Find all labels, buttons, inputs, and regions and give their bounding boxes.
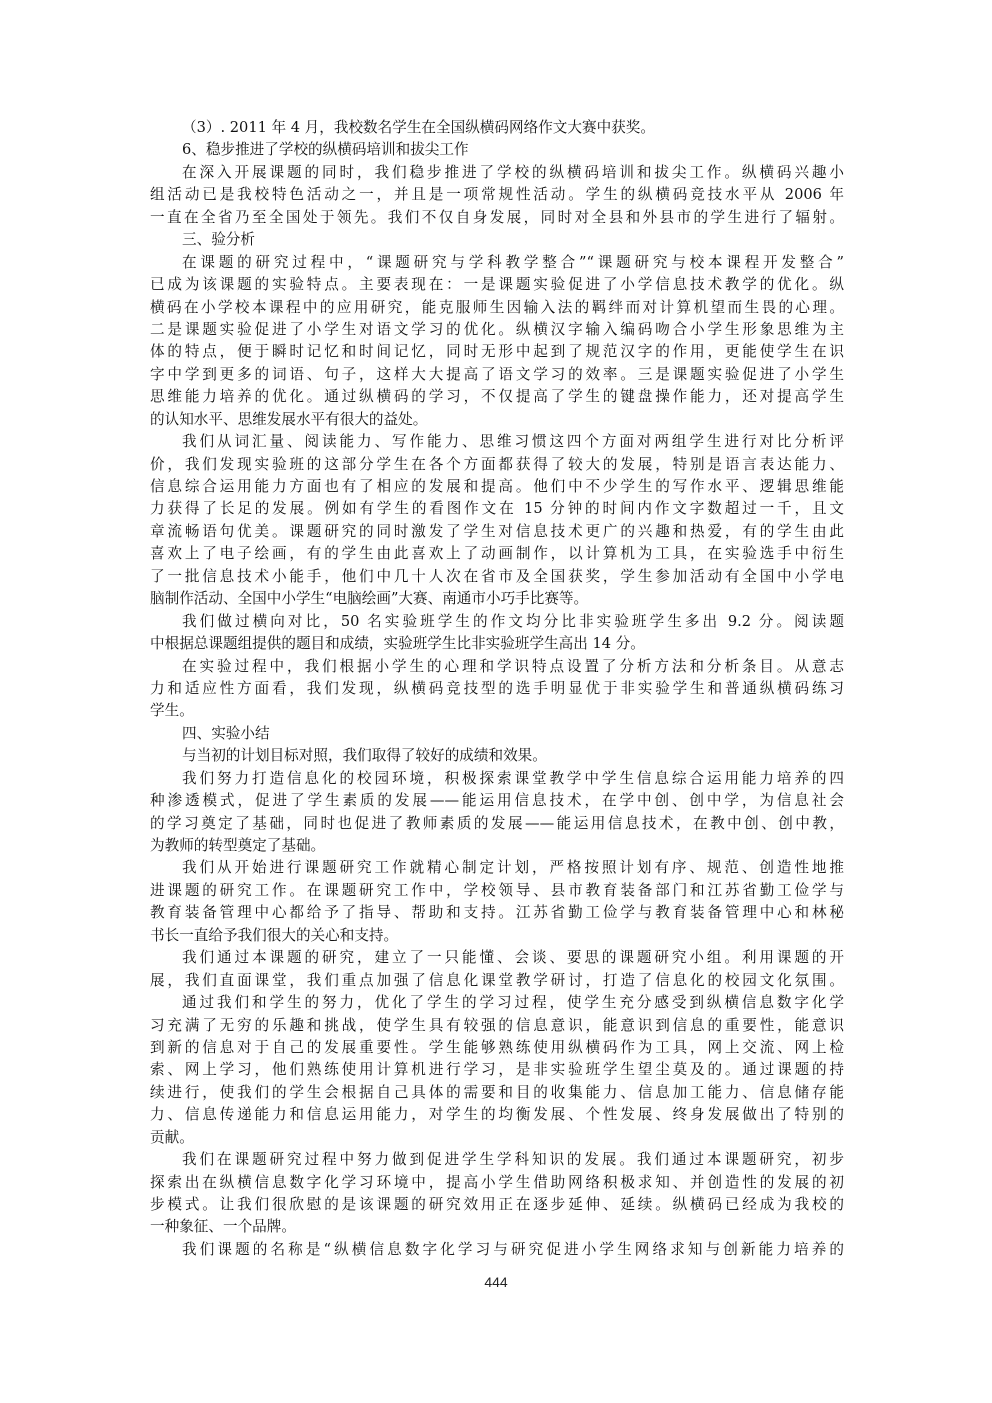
text-line: 力获得了长足的发展。例如有学生的看图作文在 15 分钟的时间内作文字数超过一千，… [150,498,844,520]
text-line: 种渗透模式，促进了学生素质的发展——能运用信息技术，在学中创、创中学，为信息社会 [150,790,844,812]
text-line: 在课题的研究过程中，“课题研究与学科教学整合”“课题研究与校本课程开发整合” [150,252,844,274]
text-line: 书长一直给予我们很大的关心和支持。 [150,925,844,947]
text-line: 我们通过本课题的研究，建立了一只能懂、会谈、要思的课题研究小组。利用课题的开 [150,947,844,969]
text-line: 的学习奠定了基础，同时也促进了教师素质的发展——能运用信息技术，在教中创、创中教… [150,813,844,835]
text-line: 中根据总课题组提供的题目和成绩，实验班学生比非实验班学生高出 14 分。 [150,633,844,655]
text-line: 在实验过程中，我们根据小学生的心理和学识特点设置了分析方法和分析条目。从意志 [150,656,844,678]
text-line: 思维能力培养的优化。通过纵横码的学习，不仅提高了学生的键盘操作能力，还对提高学生 [150,386,844,408]
text-line: 索、网上学习，他们熟练使用计算机进行学习，是非实验班学生望尘莫及的。通过课题的持 [150,1059,844,1081]
text-line: 我们从开始进行课题研究工作就精心制定计划，严格按照计划有序、规范、创造性地推 [150,857,844,879]
text-line: 教育装备管理中心都给予了指导、帮助和支持。江苏省勤工俭学与教育装备管理中心和林秘 [150,902,844,924]
text-line: 已成为该课题的实验特点。主要表现在：一是课题实验促进了小学信息技术教学的优化。纵 [150,274,844,296]
text-line: 一直在全省乃至全国处于领先。我们不仅自身发展，同时对全县和外县市的学生进行了辐射… [150,207,844,229]
text-line: 体的特点，便于瞬时记忆和时间记忆，同时无形中起到了规范汉字的作用，更能使学生在识 [150,341,844,363]
text-line: （3）. 2011 年 4 月，我校数名学生在全国纵横码网络作文大赛中获奖。 [150,117,844,139]
text-line: 习充满了无穷的乐趣和挑战，使学生具有较强的信息意识，能意识到信息的重要性，能意识 [150,1015,844,1037]
text-line: 进课题的研究工作。在课题研究工作中，学校领导、县市教育装备部门和江苏省勤工俭学与 [150,880,844,902]
text-line: 价，我们发现实验班的这部分学生在各个方面都获得了较大的发展，特别是语言表达能力、 [150,454,844,476]
text-line: 了一批信息技术小能手，他们中几十人次在省市及全国获奖，学生参加活动有全国中小学电 [150,566,844,588]
text-line: 6、稳步推进了学校的纵横码培训和拔尖工作 [150,139,844,161]
text-line: 到新的信息对于自己的发展重要性。学生能够熟练使用纵横码作为工具，网上交流、网上检 [150,1037,844,1059]
text-line: 与当初的计划目标对照，我们取得了较好的成绩和效果。 [150,745,844,767]
text-line: 四、实验小结 [150,723,844,745]
document-page: （3）. 2011 年 4 月，我校数名学生在全国纵横码网络作文大赛中获奖。6、… [0,0,992,1403]
text-line: 组活动已是我校特色活动之一，并且是一项常规性活动。学生的纵横码竞技水平从 200… [150,184,844,206]
text-line: 力和适应性方面看，我们发现，纵横码竞技型的选手明显优于非实验学生和普通纵横码练习 [150,678,844,700]
text-line: 展，我们直面课堂，我们重点加强了信息化课堂教学研讨，打造了信息化的校园文化氛围。 [150,970,844,992]
page-number: 444 [0,1274,992,1290]
text-line: 通过我们和学生的努力，优化了学生的学习过程，使学生充分感受到纵横信息数字化学 [150,992,844,1014]
text-line: 我们努力打造信息化的校园环境，积极探索课堂教学中学生信息综合运用能力培养的四 [150,768,844,790]
text-line: 学生。 [150,700,844,722]
text-line: 字中学到更多的词语、句子，这样大大提高了语文学习的效率。三是课题实验促进了小学生 [150,364,844,386]
text-line: 贡献。 [150,1127,844,1149]
text-line: 信息综合运用能力方面也有了相应的发展和提高。他们中不少学生的写作水平、逻辑思维能 [150,476,844,498]
text-line: 步模式。让我们很欣慰的是该课题的研究效用正在逐步延伸、延续。纵横码已经成为我校的 [150,1194,844,1216]
text-line: 续进行，使我们的学生会根据自己具体的需要和目的收集能力、信息加工能力、信息储存能 [150,1082,844,1104]
text-line: 探索出在纵横信息数字化学习环境中，提高小学生借助网络积极求知、并创造性的发展的初 [150,1172,844,1194]
body-text: （3）. 2011 年 4 月，我校数名学生在全国纵横码网络作文大赛中获奖。6、… [150,117,844,1261]
text-line: 章流畅语句优美。课题研究的同时激发了学生对信息技术更广的兴趣和热爱，有的学生由此 [150,521,844,543]
text-line: 在深入开展课题的同时，我们稳步推进了学校的纵横码培训和拔尖工作。纵横码兴趣小 [150,162,844,184]
text-line: 横码在小学校本课程中的应用研究，能克服师生因输入法的羁绊而对计算机望而生畏的心理… [150,297,844,319]
text-line: 为教师的转型奠定了基础。 [150,835,844,857]
text-line: 一种象征、一个品牌。 [150,1216,844,1238]
text-line: 我们课题的名称是“纵横信息数字化学习与研究促进小学生网络求知与创新能力培养的 [150,1239,844,1261]
text-line: 我们做过横向对比，50 名实验班学生的作文均分比非实验班学生多出 9.2 分。阅… [150,611,844,633]
text-line: 喜欢上了电子绘画，有的学生由此喜欢上了动画制作，以计算机为工具，在实验选手中衍生 [150,543,844,565]
text-line: 的认知水平、思维发展水平有很大的益处。 [150,409,844,431]
text-line: 三、验分析 [150,229,844,251]
text-line: 力、信息传递能力和信息运用能力，对学生的均衡发展、个性发展、终身发展做出了特别的 [150,1104,844,1126]
text-line: 我们从词汇量、阅读能力、写作能力、思维习惯这四个方面对两组学生进行对比分析评 [150,431,844,453]
text-line: 二是课题实验促进了小学生对语文学习的优化。纵横汉字输入编码吻合小学生形象思维为主 [150,319,844,341]
text-line: 我们在课题研究过程中努力做到促进学生学科知识的发展。我们通过本课题研究，初步 [150,1149,844,1171]
text-line: 脑制作活动、全国中小学生“电脑绘画”大赛、南通市小巧手比赛等。 [150,588,844,610]
